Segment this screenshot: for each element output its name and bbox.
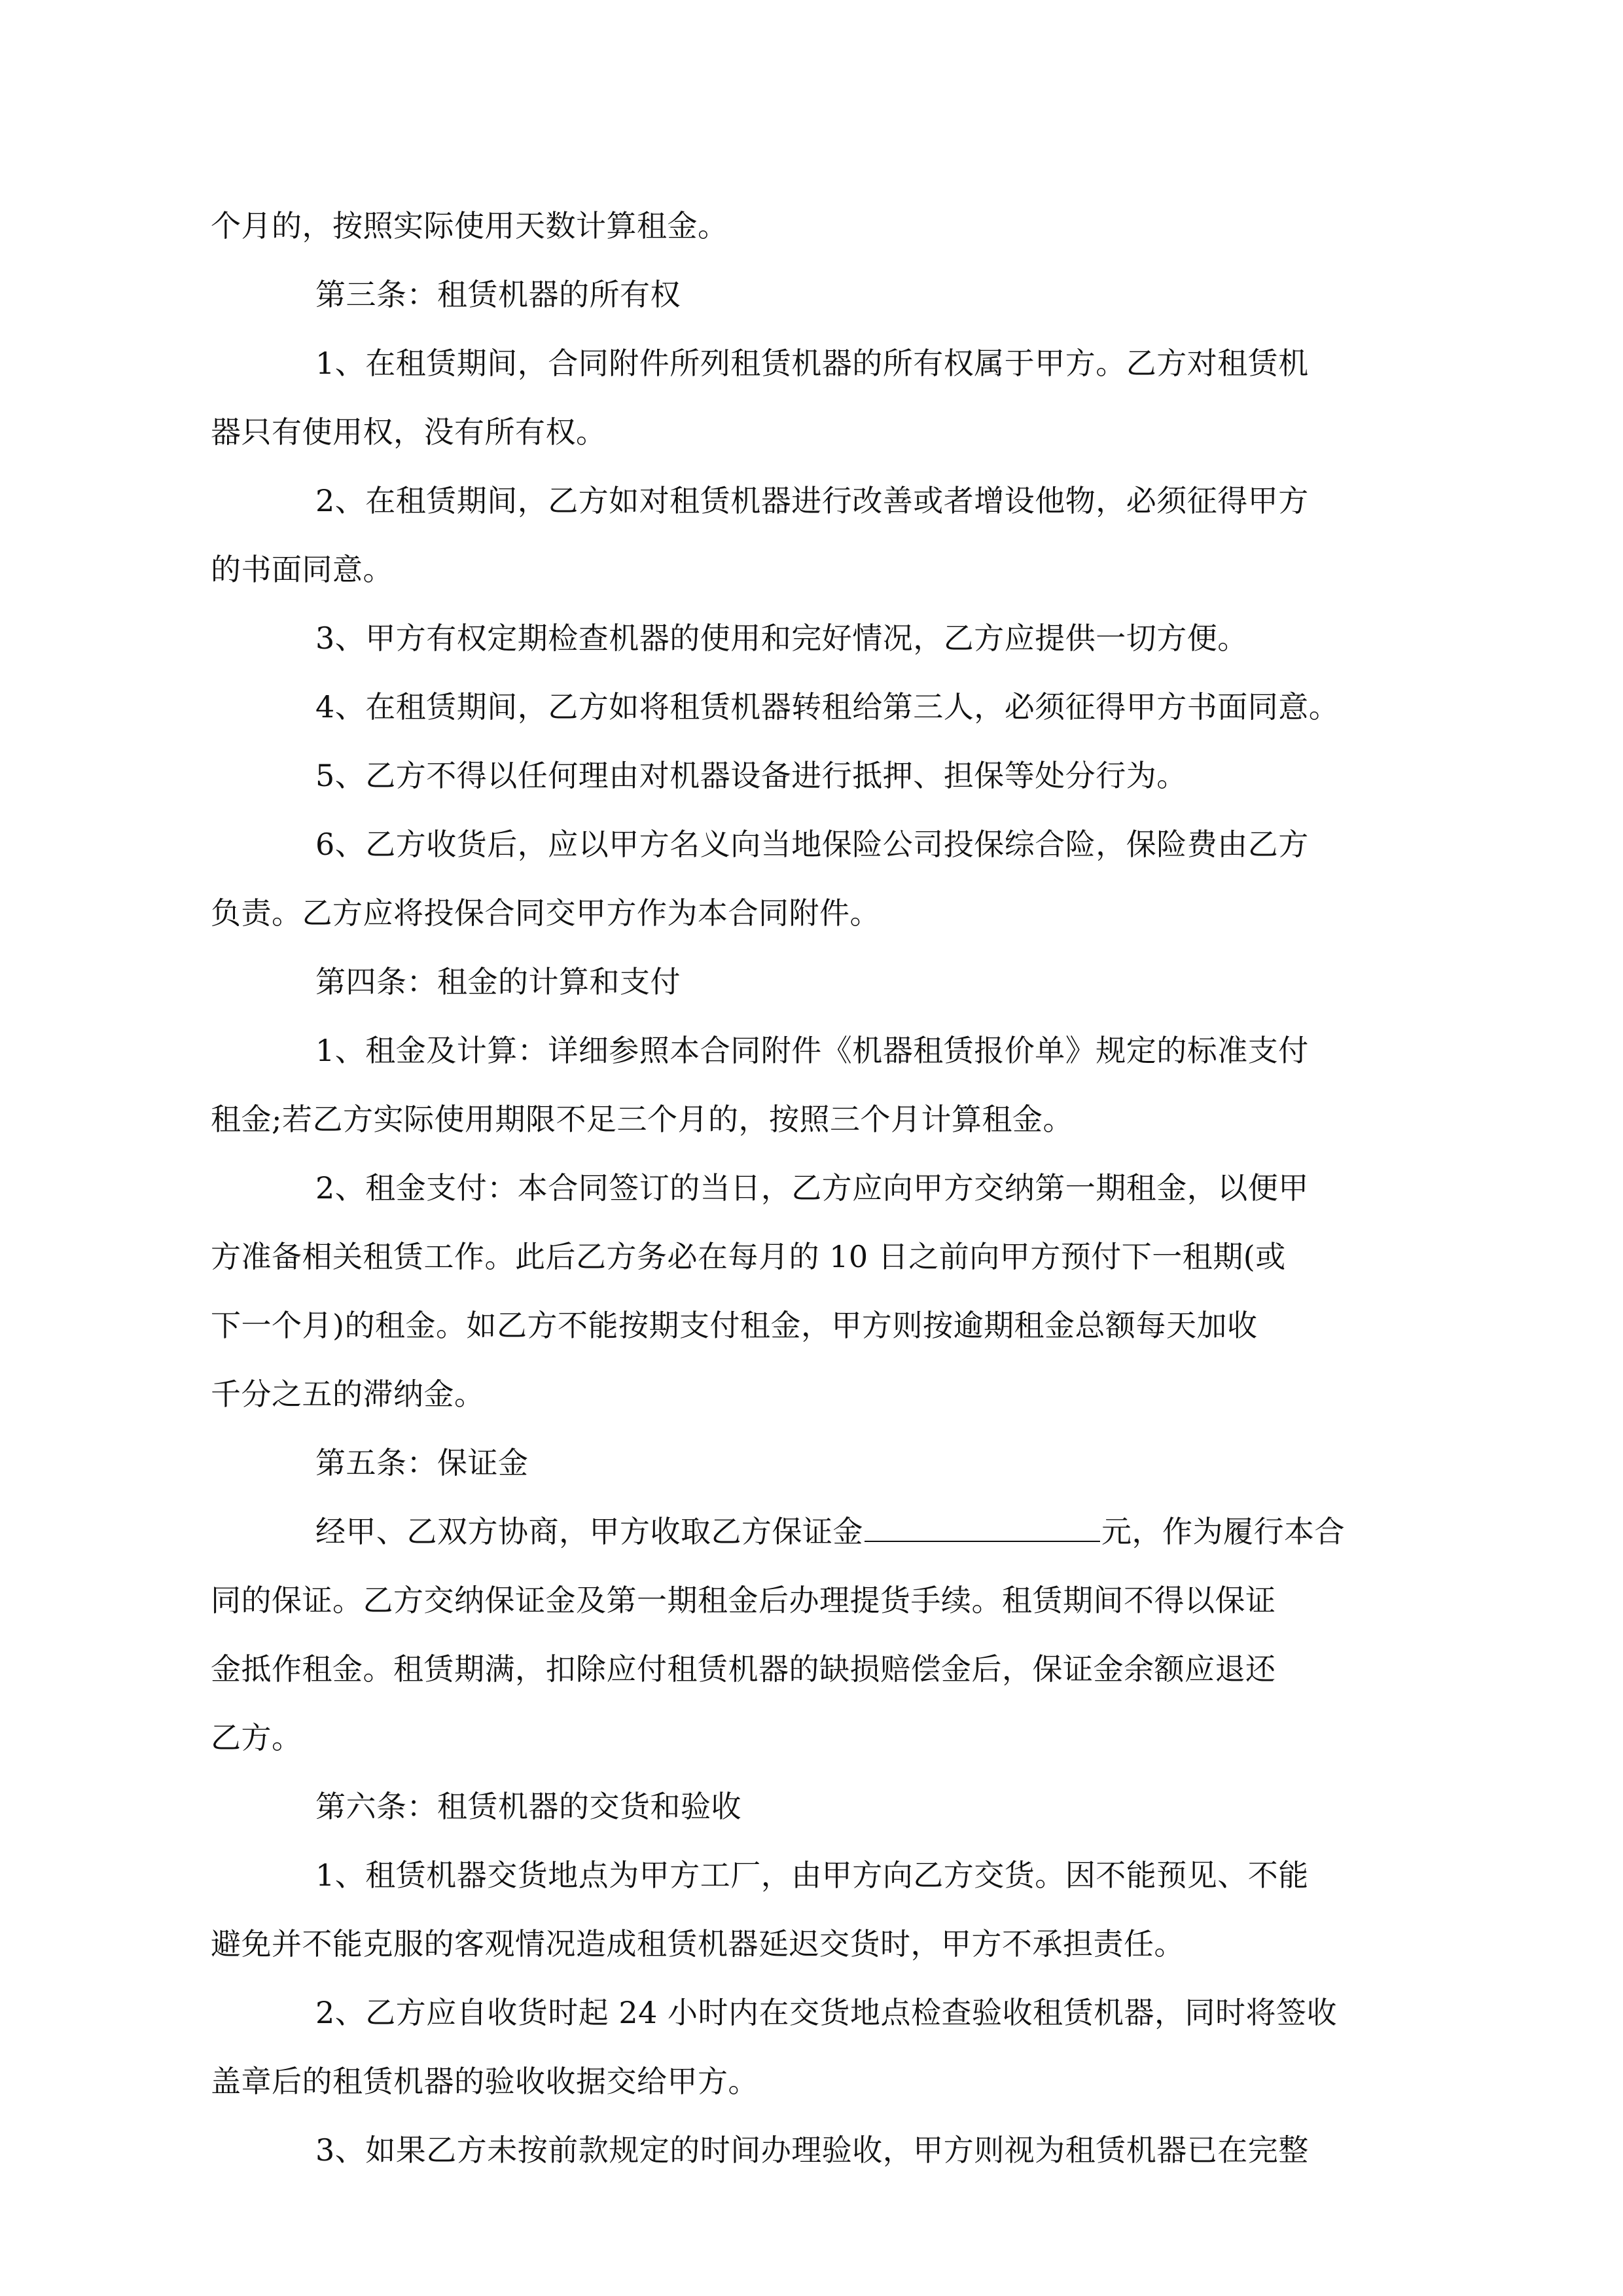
- deposit-amount-blank[interactable]: [865, 1511, 1100, 1542]
- text-line: 1、在租赁期间，合同附件所列租赁机器的所有权属于甲方。乙方对租赁机: [315, 337, 1389, 389]
- text-line: 同的保证。乙方交纳保证金及第一期租金后办理提货手续。租赁期间不得以保证: [211, 1574, 1389, 1626]
- text-line: 金抵作租金。租赁期满，扣除应付租赁机器的缺损赔偿金后，保证金余额应退还: [211, 1643, 1389, 1695]
- text-line: 4、在租赁期间，乙方如将租赁机器转租给第三人，必须征得甲方书面同意。: [315, 681, 1389, 733]
- text-line: 3、甲方有权定期检查机器的使用和完好情况，乙方应提供一切方便。: [315, 612, 1389, 664]
- deposit-clause-line: 经甲、乙双方协商，甲方收取乙方保证金元，作为履行本合: [315, 1505, 1389, 1558]
- section-heading-article-6: 第六条：租赁机器的交货和验收: [315, 1780, 1389, 1833]
- text-line: 千分之五的滞纳金。: [211, 1368, 1389, 1420]
- text-line: 器只有使用权，没有所有权。: [211, 406, 1389, 458]
- text-line: 3、如果乙方未按前款规定的时间办理验收，甲方则视为租赁机器已在完整: [315, 2124, 1389, 2176]
- text-line: 方准备相关租赁工作。此后乙方务必在每月的 10 日之前向甲方预付下一租期(或: [211, 1230, 1389, 1283]
- section-heading-article-5: 第五条：保证金: [315, 1437, 1389, 1489]
- text-line: 个月的，按照实际使用天数计算租金。: [211, 200, 1389, 252]
- deposit-text-after: 元，作为履行本合: [1101, 1514, 1345, 1549]
- section-heading-article-4: 第四条：租金的计算和支付: [315, 956, 1389, 1008]
- text-line: 2、在租赁期间，乙方如对租赁机器进行改善或者增设他物，必须征得甲方: [315, 475, 1389, 527]
- text-line: 避免并不能克服的客观情况造成租赁机器延迟交货时，甲方不承担责任。: [211, 1918, 1389, 1970]
- text-line: 2、乙方应自收货时起 24 小时内在交货地点检查验收租赁机器，同时将签收: [315, 1986, 1389, 2039]
- text-line: 盖章后的租赁机器的验收收据交给甲方。: [211, 2055, 1389, 2108]
- text-line: 下一个月)的租金。如乙方不能按期支付租金，甲方则按逾期租金总额每天加收: [211, 1299, 1389, 1352]
- text-line: 负责。乙方应将投保合同交甲方作为本合同附件。: [211, 887, 1389, 939]
- text-line: 乙方。: [211, 1712, 1389, 1764]
- text-line: 1、租赁机器交货地点为甲方工厂，由甲方向乙方交货。因不能预见、不能: [315, 1849, 1389, 1901]
- text-line: 的书面同意。: [211, 543, 1389, 596]
- document-page: 个月的，按照实际使用天数计算租金。 第三条：租赁机器的所有权 1、在租赁期间，合…: [0, 0, 1623, 2296]
- text-line: 1、租金及计算：详细参照本合同附件《机器租赁报价单》规定的标准支付: [315, 1024, 1389, 1077]
- deposit-text-before: 经甲、乙双方协商，甲方收取乙方保证金: [315, 1514, 863, 1549]
- text-line: 租金;若乙方实际使用期限不足三个月的，按照三个月计算租金。: [211, 1093, 1389, 1145]
- section-heading-article-3: 第三条：租赁机器的所有权: [315, 268, 1389, 321]
- text-line: 2、租金支付：本合同签订的当日，乙方应向甲方交纳第一期租金，以便甲: [315, 1162, 1389, 1214]
- text-line: 6、乙方收货后，应以甲方名义向当地保险公司投保综合险，保险费由乙方: [315, 818, 1389, 870]
- text-line: 5、乙方不得以任何理由对机器设备进行抵押、担保等处分行为。: [315, 749, 1389, 802]
